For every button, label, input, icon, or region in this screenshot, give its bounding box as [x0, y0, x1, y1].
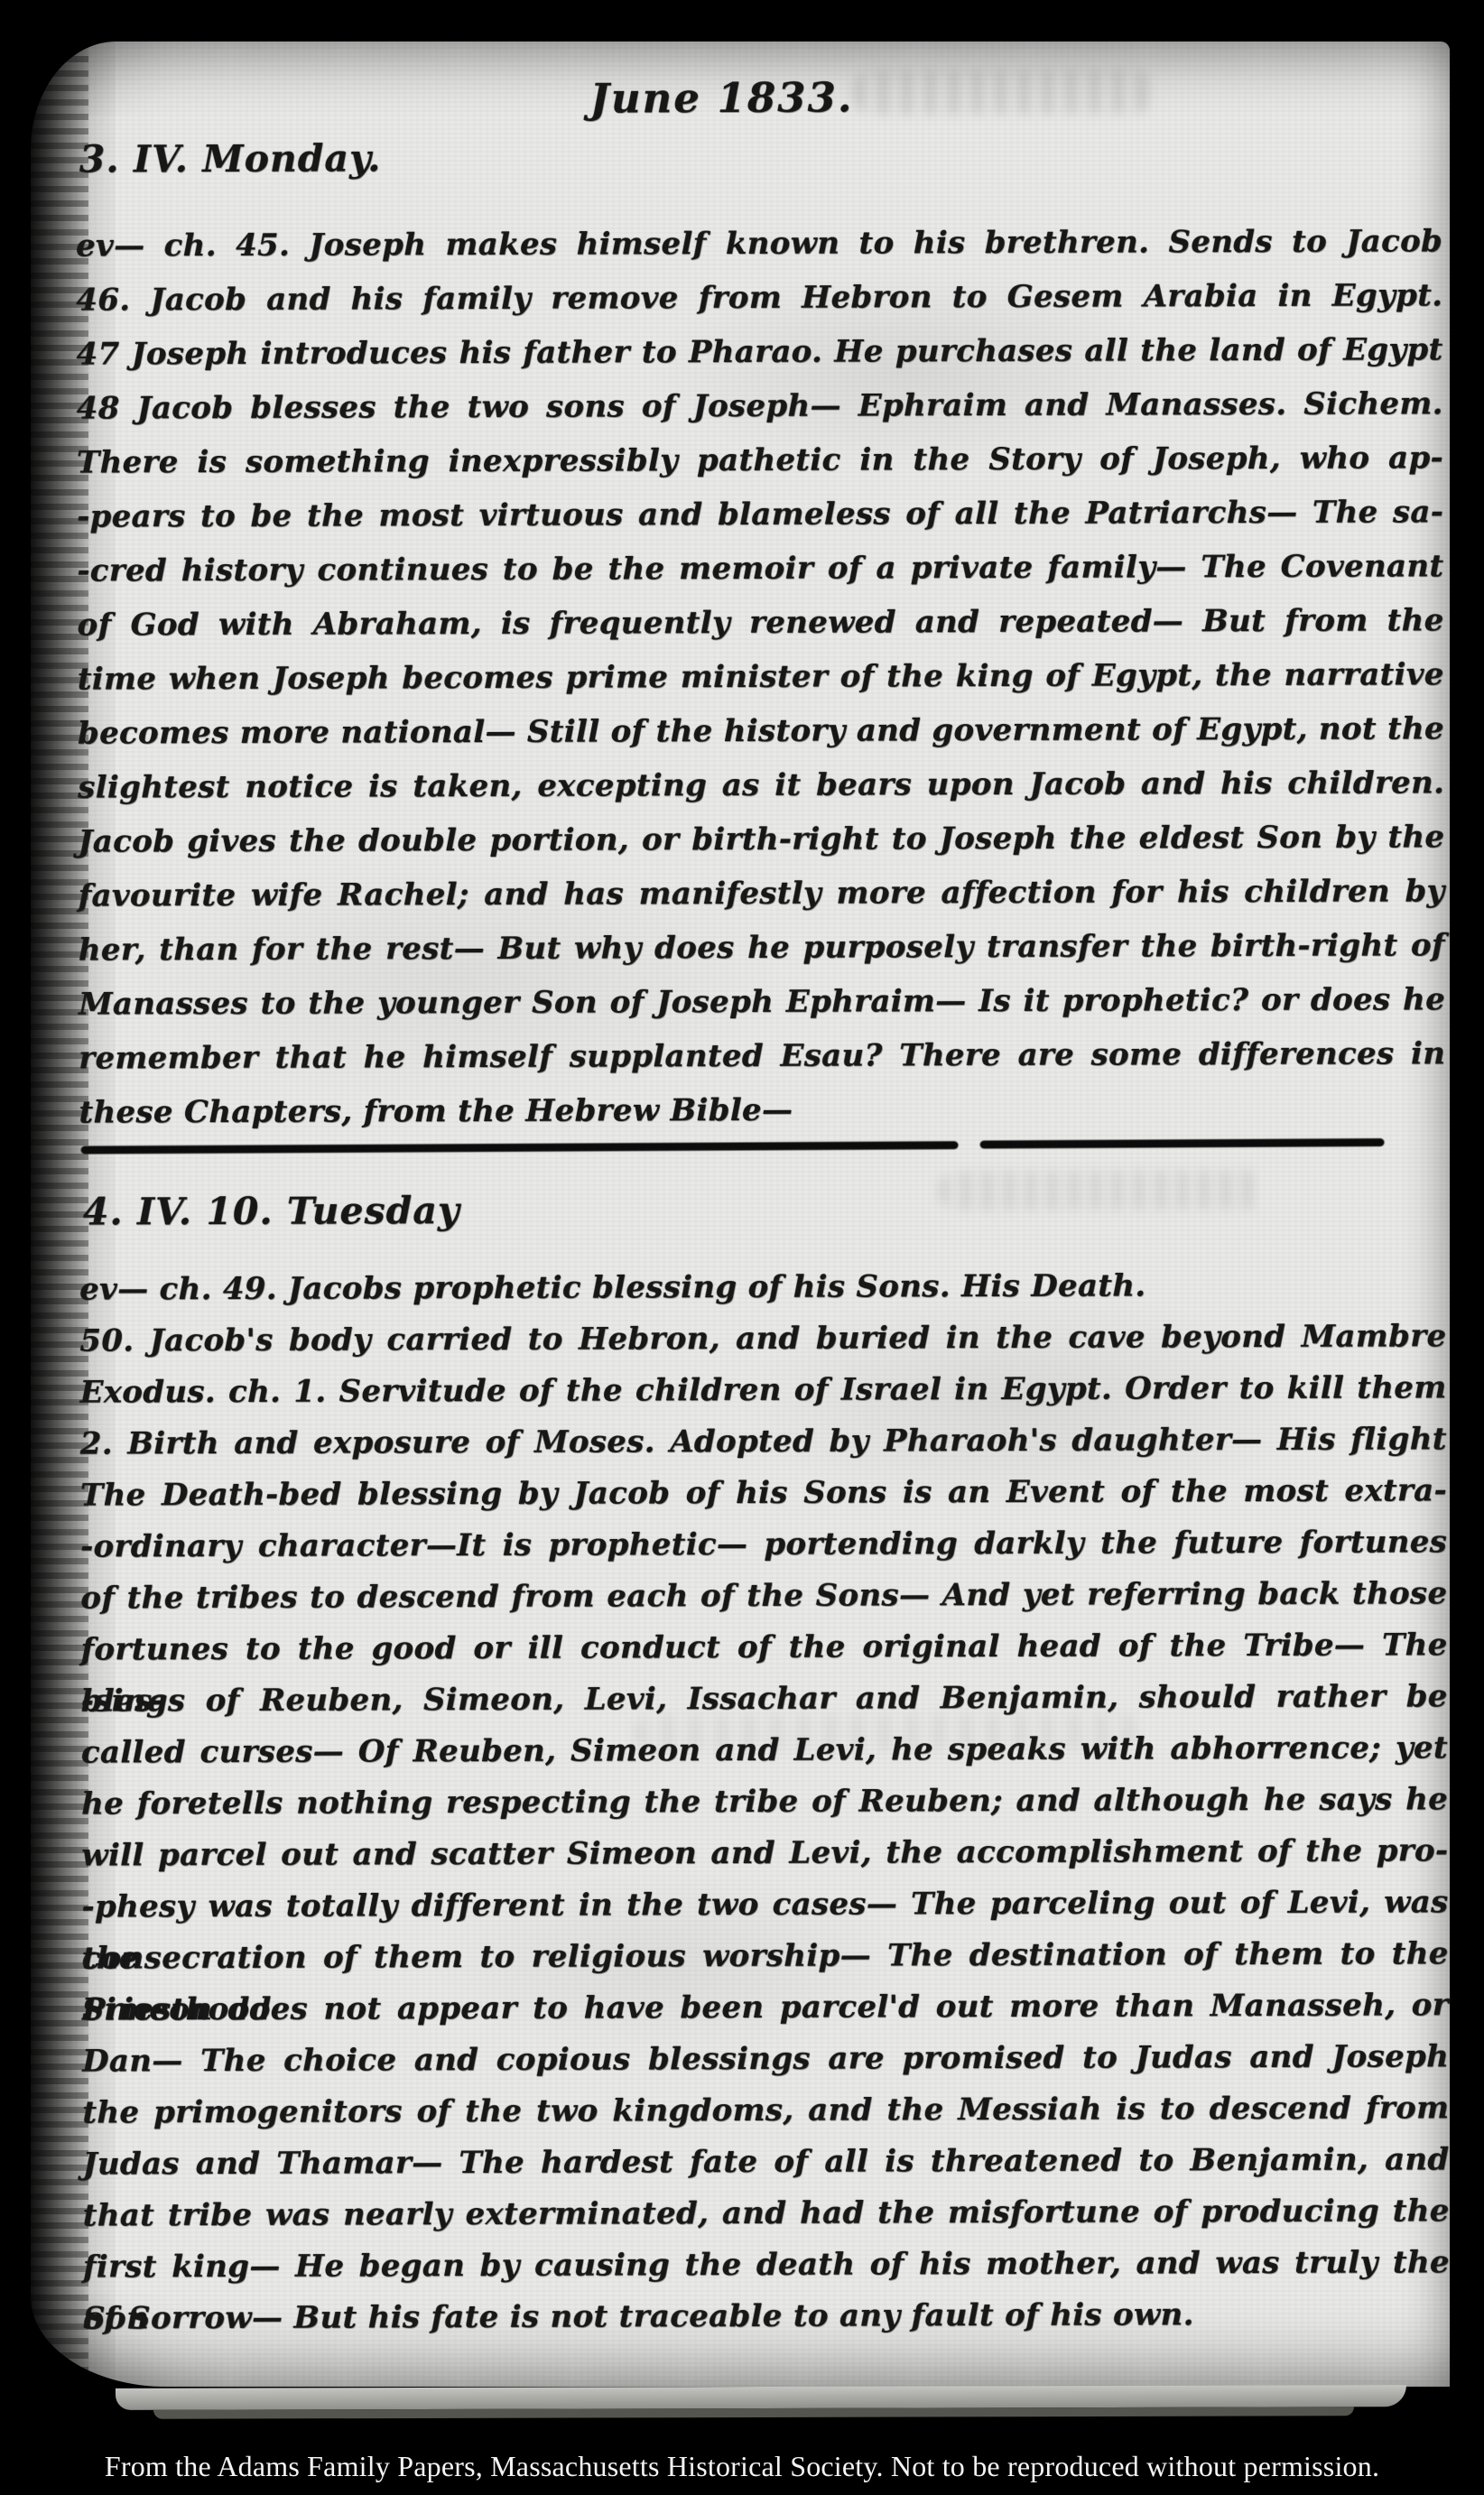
manuscript-line: will parcel out and scatter Simeon and L… — [81, 1825, 1448, 1881]
manuscript-line: Jacob gives the double portion, or birth… — [78, 810, 1444, 868]
manuscript-line: 46. Jacob and his family remove from Heb… — [76, 268, 1442, 327]
manuscript-line: of God with Abraham, is frequently renew… — [77, 593, 1443, 652]
entry-divider-line — [81, 1141, 959, 1154]
manuscript-line: first king— He began by causing the deat… — [83, 2237, 1450, 2293]
manuscript-line: 2. Birth and exposure of Moses. Adopted … — [80, 1414, 1447, 1470]
ink-bleedthrough-ghost — [939, 1170, 1264, 1210]
manuscript-line: Manasses to the younger Son of Joseph Ep… — [79, 972, 1445, 1031]
manuscript-line: remember that he himself supplanted Esau… — [79, 1026, 1445, 1085]
entry-heading-monday: 3. IV. Monday. — [79, 136, 382, 181]
manuscript-line: ev— ch. 45. Joseph makes himself known t… — [76, 214, 1442, 273]
manuscript-line: Judas and Thamar— The hardest fate of al… — [82, 2134, 1449, 2190]
manuscript-line: slightest notice is taken, excepting as … — [78, 756, 1444, 814]
manuscript-line: Exodus. ch. 1. Servitude of the children… — [79, 1362, 1446, 1418]
manuscript-line: of Sorrow— But his fate is not traceable… — [83, 2288, 1450, 2344]
manuscript-line: Dan— The choice and copious blessings ar… — [82, 2031, 1449, 2087]
manuscript-line: 47 Joseph introduces his father to Phara… — [76, 322, 1442, 381]
page-header-date: June 1833. — [26, 71, 1416, 124]
footer-caption: From the Adams Family Papers, Massachuse… — [0, 2450, 1484, 2483]
manuscript-line: ev— ch. 49. Jacobs prophetic blessing of… — [79, 1259, 1446, 1315]
manuscript-line: -cred history continues to be the memoir… — [77, 539, 1443, 598]
manuscript-line: Simeon does not appear to have been parc… — [82, 1980, 1449, 2036]
manuscript-line: the primogenitors of the two kingdoms, a… — [82, 2082, 1449, 2138]
manuscript-line: time when Joseph becomes prime minister … — [78, 647, 1444, 706]
diary-entry-monday: ev— ch. 45. Joseph makes himself known t… — [76, 214, 1446, 1139]
entry-heading-tuesday: 4. IV. 10. Tuesday — [83, 1189, 460, 1233]
manuscript-line: 50. Jacob's body carried to Hebron, and … — [79, 1311, 1446, 1367]
manuscript-line: favourite wife Rachel; and has manifestl… — [79, 864, 1445, 923]
manuscript-line: -pears to be the most virtuous and blame… — [77, 485, 1443, 543]
manuscript-line: fortunes to the good or ill conduct of t… — [80, 1619, 1447, 1675]
manuscript-line: consecration of them to religious worshi… — [82, 1928, 1449, 1984]
manuscript-line: 48 Jacob blesses the two sons of Joseph—… — [77, 376, 1443, 435]
manuscript-line: her, than for the rest— But why does he … — [79, 918, 1445, 977]
manuscript-line: these Chapters, from the Hebrew Bible— — [79, 1081, 1445, 1139]
manuscript-line: -phesy was totally different in the two … — [81, 1877, 1448, 1933]
manuscript-line: of the tribes to descend from each of th… — [80, 1568, 1447, 1624]
manuscript-line: -sings of Reuben, Simeon, Levi, Issachar… — [81, 1671, 1448, 1727]
manuscript-line: that tribe was nearly exterminated, and … — [83, 2185, 1450, 2241]
manuscript-line: he foretells nothing respecting the trib… — [81, 1774, 1448, 1830]
diary-entry-tuesday: ev— ch. 49. Jacobs prophetic blessing of… — [79, 1259, 1450, 2344]
manuscript-layer: June 1833. 3. IV. Monday. ev— ch. 45. Jo… — [0, 0, 1484, 2495]
manuscript-line: called curses— Of Reuben, Simeon and Lev… — [81, 1722, 1448, 1778]
manuscript-line: -ordinary character—It is prophetic— por… — [80, 1516, 1447, 1572]
manuscript-line: There is something inexpressibly patheti… — [77, 431, 1443, 489]
manuscript-line: The Death-bed blessing by Jacob of his S… — [80, 1465, 1447, 1521]
manuscript-line: becomes more national— Still of the hist… — [78, 701, 1444, 760]
entry-divider-line — [980, 1138, 1385, 1149]
